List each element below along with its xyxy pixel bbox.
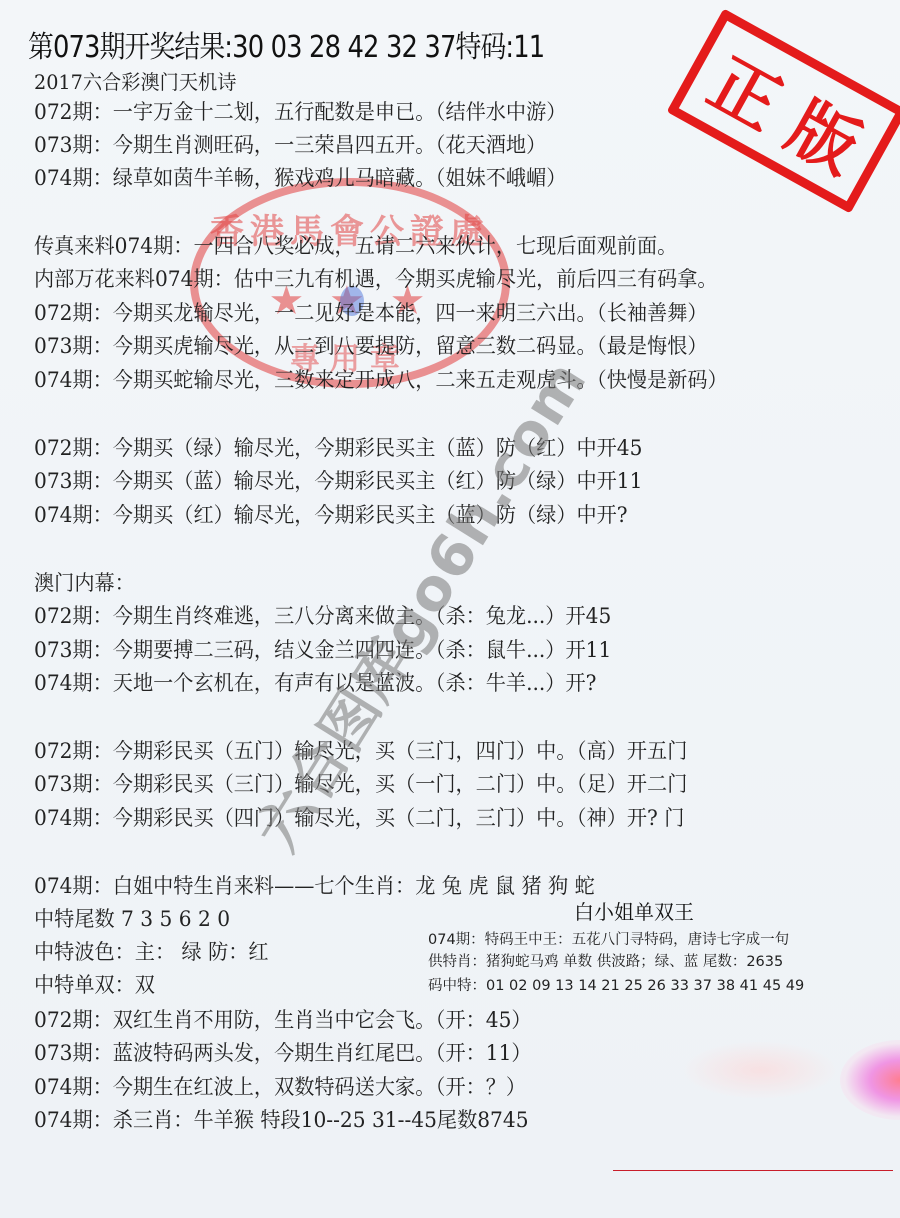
authentic-edition-stamp: 正 版 — [667, 8, 900, 213]
bottom-line: 074期：今期生在红波上，双数特码送大家。（开：？） — [34, 1071, 526, 1101]
fax-line: 传真来料074期：一四合八奖必成，五请二六来伙计，七现后面观前面。 — [34, 230, 677, 260]
decorative-glow-soft — [680, 1040, 840, 1100]
draw-result-headline: 第073期开奖结果:30 03 28 42 32 37特码:11 — [28, 22, 544, 66]
zodiac-pick-line: 074期：白姐中特生肖来料——七个生肖：龙 兔 虎 鼠 猪 狗 蛇 — [34, 870, 595, 900]
bottom-line: 073期：蓝波特码两头发，今期生肖红尾巴。（开：11） — [34, 1037, 532, 1067]
insider-line: 072期：今期生肖终难逃，三八分离来做主。（杀：兔龙...）开45 — [34, 600, 611, 630]
fax-line: 073期：今期买虎输尽光，从二到八要提防，留意三数二码显。（最是悔恨） — [34, 330, 708, 360]
panel-line: 074期：特码王中王：五花八门寻特码，唐诗七字成一句 — [428, 928, 789, 949]
bottom-line: 072期：双红生肖不用防，生肖当中它会飞。（开：45） — [34, 1004, 532, 1034]
poem-line: 074期：绿草如茵牛羊畅，猴戏鸡儿马暗藏。（姐妹不峨嵋） — [34, 162, 566, 192]
fax-line: 072期：今期买龙输尽光，一二见好是本能，四一来明三六出。（长袖善舞） — [34, 297, 708, 327]
wave-color-pick-line: 中特波色：主： 绿 防：红 — [34, 936, 269, 966]
stamp-char: 版 — [773, 74, 880, 192]
door-line: 074期：今期彩民买（四门）输尽光，买（二门，三门）中。（神）开? 门 — [34, 802, 684, 832]
fax-line: 074期：今期买蛇输尽光，三数来定开成八，二来五走观虎斗。（快慢是新码） — [34, 364, 728, 394]
bottom-line: 074期：杀三肖：牛羊猴 特段10--25 31--45尾数8745 — [34, 1104, 529, 1134]
tail-number-line: 中特尾数 7 3 5 6 2 0 — [34, 903, 230, 933]
insider-title: 澳门内幕： — [34, 567, 135, 597]
panel-line: 供特肖：猪狗蛇马鸡 单数 供波路；绿、蓝 尾数：2635 — [428, 950, 783, 971]
poem-line: 073期：今期生肖测旺码，一三荣昌四五开。（花天酒地） — [34, 129, 546, 159]
wave-color-line: 074期：今期买（红）输尽光，今期彩民买主（蓝）防（绿）中开? — [34, 499, 628, 529]
poem-line: 072期：一宇万金十二划，五行配数是申已。（结伴水中游） — [34, 96, 566, 126]
fax-line: 内部万花来料074期：估中三九有机遇，今期买虎输尽光，前后四三有码拿。 — [34, 263, 718, 293]
stamp-char: 正 — [694, 30, 801, 148]
document-page: 第073期开奖结果:30 03 28 42 32 37特码:11 香港馬會公證處… — [0, 0, 900, 1218]
wave-color-line: 073期：今期买（蓝）输尽光，今期彩民买主（红）防（绿）中开11 — [34, 465, 642, 495]
red-divider-line — [613, 1170, 893, 1171]
panel-line: 码中特：01 02 09 13 14 21 25 26 33 37 38 41 … — [428, 974, 804, 995]
odd-even-line: 中特单双：双 — [34, 969, 155, 999]
decorative-glow — [840, 1040, 900, 1120]
poem-title: 2017六合彩澳门天机诗 — [34, 66, 236, 95]
insider-line: 073期：今期要搏二三码，结义金兰四四连。（杀：鼠牛...）开11 — [34, 634, 611, 664]
panel-title: 白小姐单双王 — [574, 896, 694, 925]
